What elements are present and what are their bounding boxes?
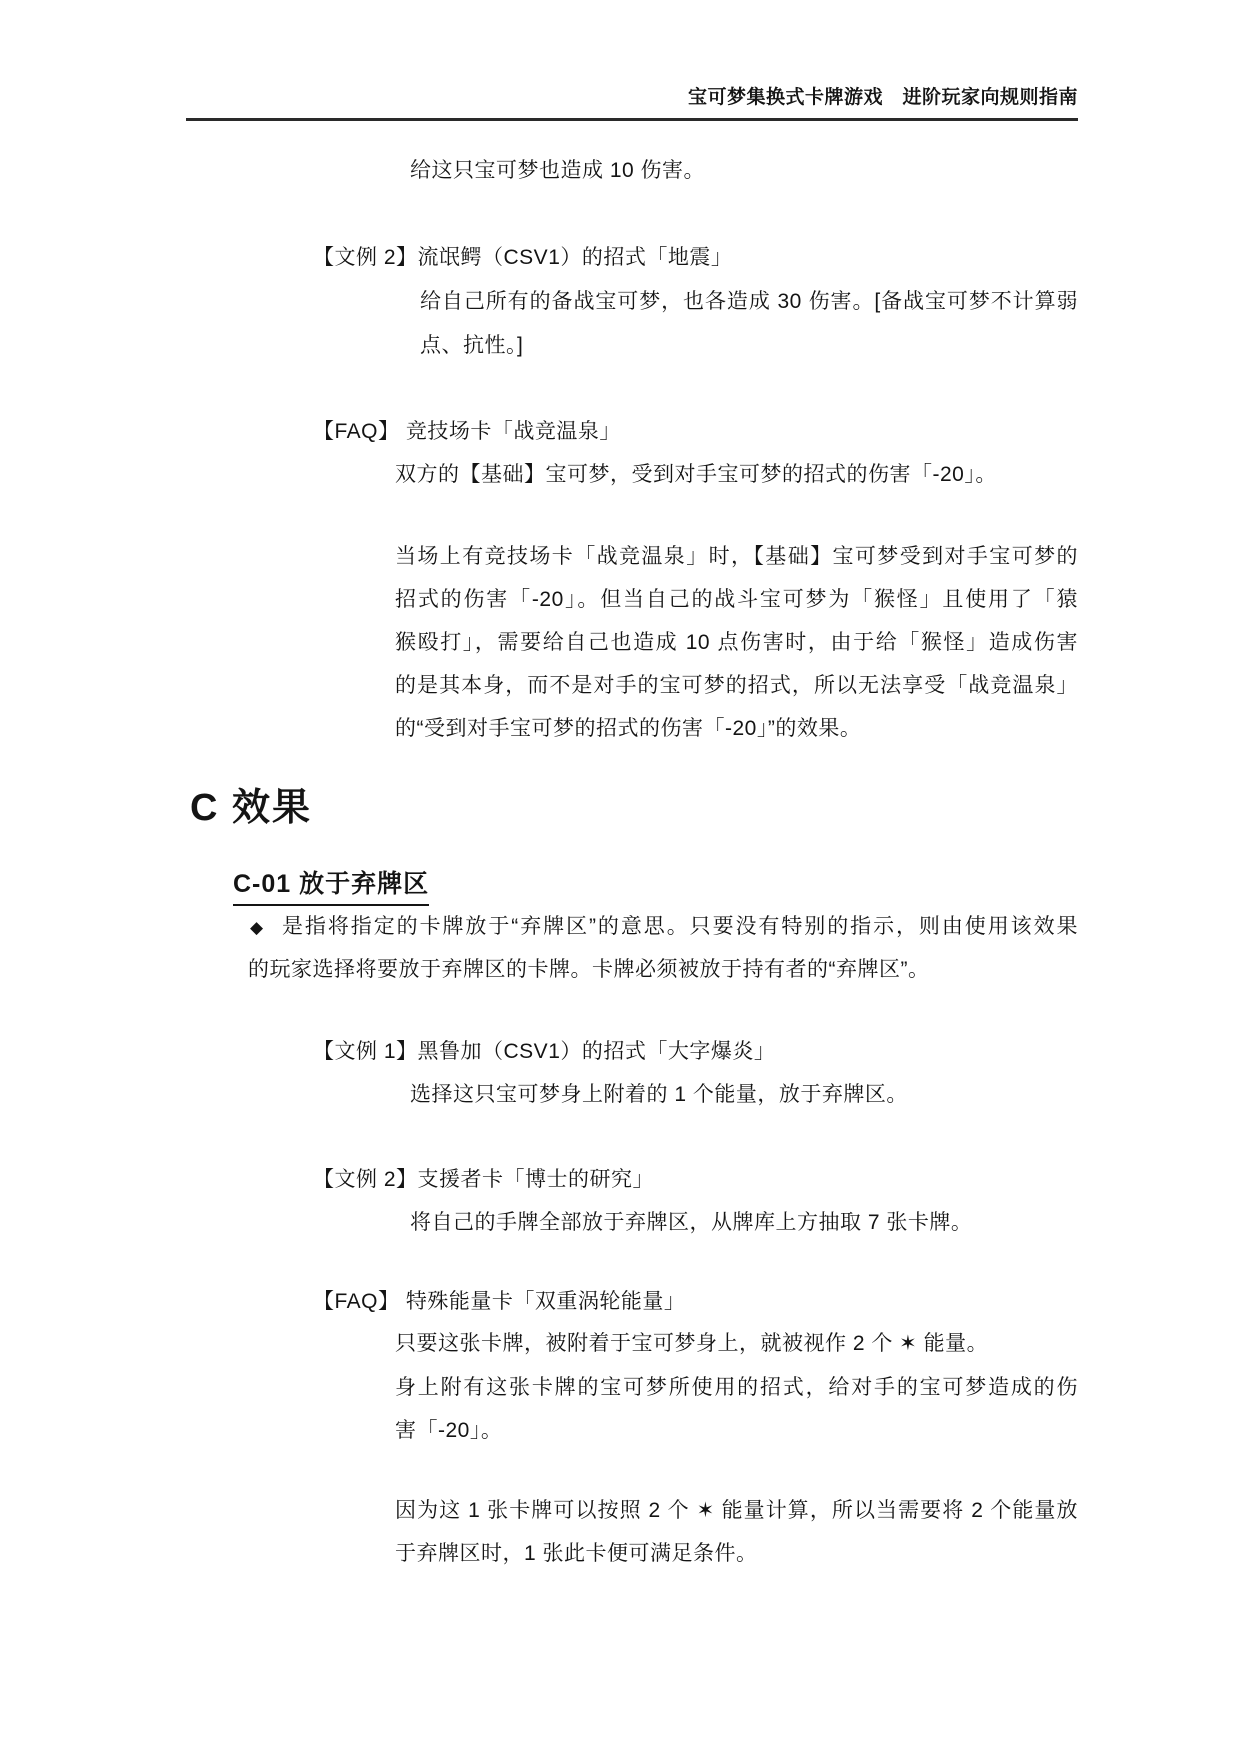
faq-b-para-line2: 招式的伤害「-20」。但当自己的战斗宝可梦为「猴怪」且使用了「猿 [395,586,1078,614]
c01-intro-line2: 的玩家选择将要放于弃牌区的卡牌。卡牌必须被放于持有者的“弃牌区”。 [248,956,929,984]
c01-intro-line1: 是指将指定的卡牌放于“弃牌区”的意思。只要没有特别的指示，则由使用该效果 [282,913,1078,941]
faq-c-line3: 害「-20」。 [395,1417,502,1445]
faq-b-summary: 双方的【基础】宝可梦，受到对手宝可梦的招式的伤害「-20」。 [395,461,997,489]
faq-c-para-line2: 于弃牌区时，1 张此卡便可满足条件。 [395,1540,758,1568]
header-divider [186,118,1078,121]
page-header-title: 宝可梦集换式卡牌游戏 进阶玩家向规则指南 [688,82,1078,109]
diamond-bullet-icon: ◆ [250,916,263,940]
example-c2-label: 【文例 2】支援者卡「博士的研究」 [313,1166,654,1194]
faq-b-para-line1: 当场上有竞技场卡「战竞温泉」时，【基础】宝可梦受到对手宝可梦的 [395,543,1078,571]
faq-b-label: 【FAQ】 竞技场卡「战竞温泉」 [313,418,621,446]
example-c2-line1: 将自己的手牌全部放于弃牌区，从牌库上方抽取 7 张卡牌。 [410,1209,972,1237]
document-page: 宝可梦集换式卡牌游戏 进阶玩家向规则指南 给这只宝可梦也造成 10 伤害。 【文… [0,0,1241,1755]
example-b2-line2: 点、抗性。] [420,332,523,360]
faq-b-para-line4: 的是其本身，而不是对手的宝可梦的招式，所以无法享受「战竞温泉」 [395,672,1078,700]
example-c1-line1: 选择这只宝可梦身上附着的 1 个能量，放于弃牌区。 [410,1081,908,1109]
example-c1-label: 【文例 1】黑鲁加（CSV1）的招式「大字爆炎」 [313,1038,775,1066]
section-c-heading: C 效果 [190,776,312,831]
faq-b-para-line3: 猴殴打」，需要给自己也造成 10 点伤害时，由于给「猴怪」造成伤害 [395,629,1078,657]
faq-c-line2: 身上附有这张卡牌的宝可梦所使用的招式，给对手的宝可梦造成的伤 [395,1374,1078,1402]
faq-b-para-line5: 的“受到对手宝可梦的招式的伤害「-20」”的效果。 [395,715,861,743]
faq-c-line1: 只要这张卡牌，被附着于宝可梦身上，就被视作 2 个 ✶ 能量。 [395,1330,988,1358]
example-b2-line1: 给自己所有的备战宝可梦，也各造成 30 伤害。[备战宝可梦不计算弱 [420,288,1078,316]
prev-section-tail-line: 给这只宝可梦也造成 10 伤害。 [410,157,705,185]
faq-c-para-line1: 因为这 1 张卡牌可以按照 2 个 ✶ 能量计算，所以当需要将 2 个能量放 [395,1497,1078,1525]
faq-c-label: 【FAQ】 特殊能量卡「双重涡轮能量」 [313,1288,685,1316]
section-c01-heading: C-01 放于弃牌区 [233,864,429,906]
example-b2-label: 【文例 2】流氓鳄（CSV1）的招式「地震」 [313,244,732,272]
